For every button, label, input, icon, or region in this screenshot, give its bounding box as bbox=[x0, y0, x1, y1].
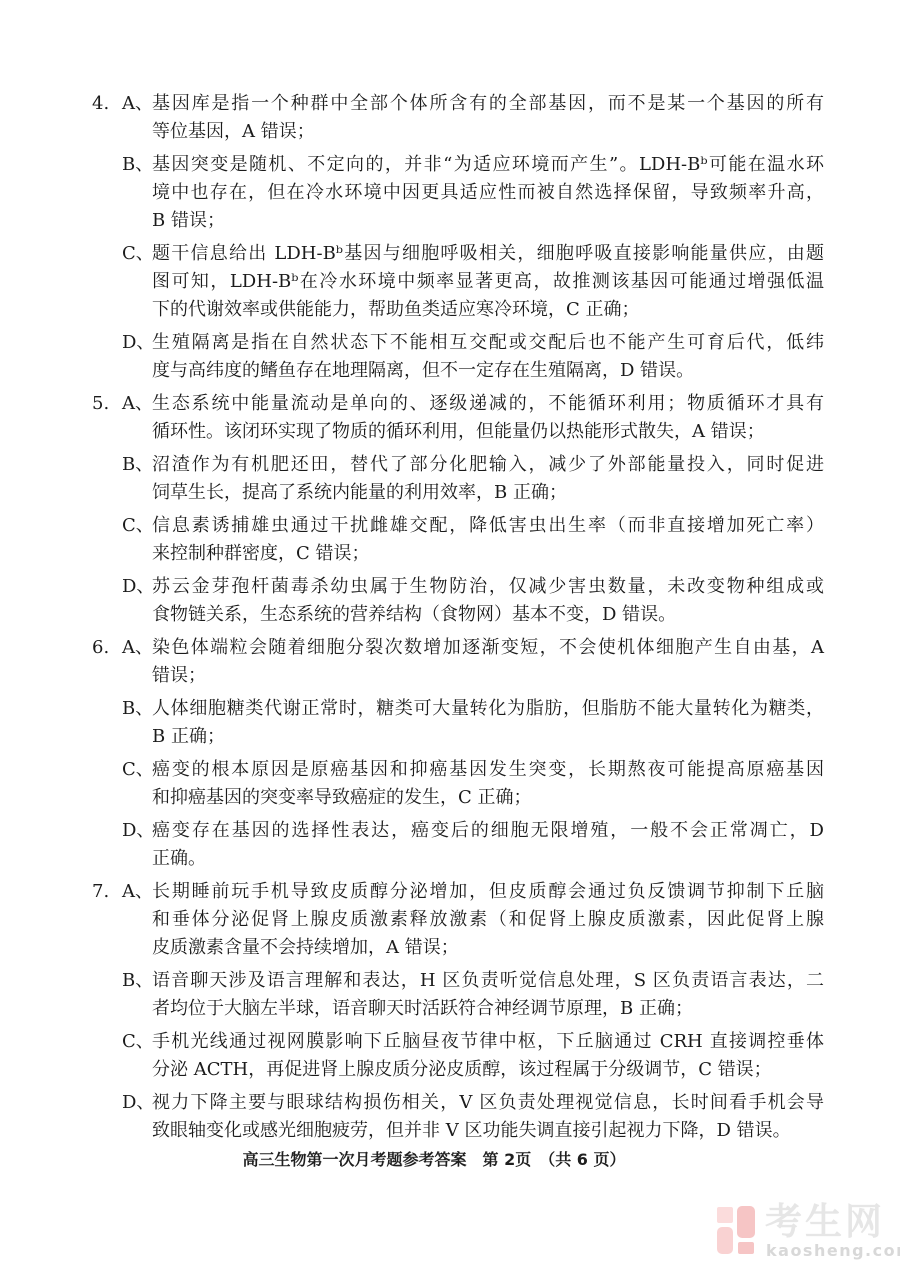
option-label: A、 bbox=[122, 90, 152, 118]
question-6: 6. A、 染色体端粒会随着细胞分裂次数增加逐渐变短，不会使机体细胞产生自由基，… bbox=[92, 634, 828, 873]
question-4-option-b: B、 基因突变是随机、不定向的，并非“为适应环境而产生”。LDH-Bᵇ可能在温水… bbox=[92, 151, 828, 235]
logo-block-top-left bbox=[717, 1207, 733, 1223]
option-text: 染色体端粒会随着细胞分裂次数增加逐渐变短，不会使机体细胞产生自由基，A 错误； bbox=[152, 634, 824, 690]
answer-line: 手机光线通过视网膜影响下丘脑昼夜节律中枢，下丘脑通过 CRH 直接调控垂体 bbox=[152, 1028, 824, 1056]
answer-line: 下的代谢效率或供能能力，帮助鱼类适应寒冷环境，C 正确； bbox=[152, 296, 824, 324]
answer-line: 题干信息给出 LDH-Bᵇ基因与细胞呼吸相关，细胞呼吸直接影响能量供应，由题 bbox=[152, 240, 824, 268]
option-label: C、 bbox=[122, 512, 152, 540]
question-number: 5. bbox=[92, 390, 122, 418]
answer-line: 来控制种群密度，C 错误； bbox=[152, 540, 824, 568]
answer-line: 人体细胞糖类代谢正常时，糖类可大量转化为脂肪，但脂肪不能大量转化为糖类， bbox=[152, 695, 824, 723]
option-text: 人体细胞糖类代谢正常时，糖类可大量转化为脂肪，但脂肪不能大量转化为糖类， B 正… bbox=[152, 695, 824, 751]
option-text: 手机光线通过视网膜影响下丘脑昼夜节律中枢，下丘脑通过 CRH 直接调控垂体 分泌… bbox=[152, 1028, 824, 1084]
option-label: D、 bbox=[122, 1089, 152, 1117]
answer-line: 信息素诱捕雄虫通过干扰雌雄交配，降低害虫出生率（而非直接增加死亡率） bbox=[152, 512, 824, 540]
answer-line: 循环性。该闭环实现了物质的循环利用，但能量仍以热能形式散失，A 错误； bbox=[152, 418, 824, 446]
answer-line: 基因突变是随机、不定向的，并非“为适应环境而产生”。LDH-Bᵇ可能在温水环 bbox=[152, 151, 824, 179]
answer-line: 语音聊天涉及语言理解和表达，H 区负责听觉信息处理，S 区负责语言表达，二 bbox=[152, 967, 824, 995]
answer-line: 皮质激素含量不会持续增加，A 错误； bbox=[152, 934, 824, 962]
option-label: D、 bbox=[122, 573, 152, 601]
option-label: D、 bbox=[122, 817, 152, 845]
option-label: C、 bbox=[122, 756, 152, 784]
answer-line: 长期睡前玩手机导致皮质醇分泌增加，但皮质醇会通过负反馈调节抑制下丘脑 bbox=[152, 878, 824, 906]
answer-line: 等位基因，A 错误； bbox=[152, 118, 824, 146]
answer-line: 苏云金芽孢杆菌毒杀幼虫属于生物防治，仅减少害虫数量，未改变物种组成或 bbox=[152, 573, 824, 601]
question-6-option-b: B、 人体细胞糖类代谢正常时，糖类可大量转化为脂肪，但脂肪不能大量转化为糖类， … bbox=[92, 695, 828, 751]
answer-line: 染色体端粒会随着细胞分裂次数增加逐渐变短，不会使机体细胞产生自由基，A bbox=[152, 634, 824, 662]
option-text: 生殖隔离是指在自然状态下不能相互交配或交配后也不能产生可育后代，低纬 度与高纬度… bbox=[152, 329, 824, 385]
question-number: 7. bbox=[92, 878, 122, 906]
question-7: 7. A、 长期睡前玩手机导致皮质醇分泌增加，但皮质醇会通过负反馈调节抑制下丘脑… bbox=[92, 878, 828, 1145]
answer-line: B 正确； bbox=[152, 723, 824, 751]
answer-line: 错误； bbox=[152, 662, 824, 690]
option-text: 苏云金芽孢杆菌毒杀幼虫属于生物防治，仅减少害虫数量，未改变物种组成或 食物链关系… bbox=[152, 573, 824, 629]
logo-block-top-right bbox=[737, 1206, 755, 1238]
question-5: 5. A、 生态系统中能量流动是单向的、逐级递减的，不能循环利用；物质循环才具有… bbox=[92, 390, 828, 629]
question-7-option-b: B、 语音聊天涉及语言理解和表达，H 区负责听觉信息处理，S 区负责语言表达，二… bbox=[92, 967, 828, 1023]
option-label: B、 bbox=[122, 967, 152, 995]
answer-line: 和垂体分泌促肾上腺皮质激素释放激素（和促肾上腺皮质激素，因此促肾上腺 bbox=[152, 906, 824, 934]
answer-line: 癌变的根本原因是原癌基因和抑癌基因发生突变，长期熬夜可能提高原癌基因 bbox=[152, 756, 824, 784]
logo-block-bottom-left bbox=[717, 1227, 733, 1254]
answer-line: 境中也存在，但在冷水环境中因更具适应性而被自然选择保留，导致频率升高， bbox=[152, 179, 824, 207]
question-4-option-c: C、 题干信息给出 LDH-Bᵇ基因与细胞呼吸相关，细胞呼吸直接影响能量供应，由… bbox=[92, 240, 828, 324]
answer-line: 正确。 bbox=[152, 845, 824, 873]
question-5-option-c: C、 信息素诱捕雄虫通过干扰雌雄交配，降低害虫出生率（而非直接增加死亡率） 来控… bbox=[92, 512, 828, 568]
question-4-option-d: D、 生殖隔离是指在自然状态下不能相互交配或交配后也不能产生可育后代，低纬 度与… bbox=[92, 329, 828, 385]
answer-line: 视力下降主要与眼球结构损伤相关，V 区负责处理视觉信息，长时间看手机会导 bbox=[152, 1089, 824, 1117]
question-number: 4. bbox=[92, 90, 122, 118]
option-text: 长期睡前玩手机导致皮质醇分泌增加，但皮质醇会通过负反馈调节抑制下丘脑 和垂体分泌… bbox=[152, 878, 824, 962]
page-footer: 高三生物第一次月考题参考答案 第 2页 （共 6 页） bbox=[0, 1149, 868, 1171]
answer-line: 饲草生长，提高了系统内能量的利用效率，B 正确； bbox=[152, 479, 824, 507]
option-text: 信息素诱捕雄虫通过干扰雌雄交配，降低害虫出生率（而非直接增加死亡率） 来控制种群… bbox=[152, 512, 824, 568]
question-4: 4. A、 基因库是指一个种群中全部个体所含有的全部基因，而不是某一个基因的所有… bbox=[92, 90, 828, 385]
option-label: C、 bbox=[122, 1028, 152, 1056]
option-text: 基因库是指一个种群中全部个体所含有的全部基因，而不是某一个基因的所有 等位基因，… bbox=[152, 90, 824, 146]
option-label: B、 bbox=[122, 151, 152, 179]
option-text: 癌变的根本原因是原癌基因和抑癌基因发生突变，长期熬夜可能提高原癌基因 和抑癌基因… bbox=[152, 756, 824, 812]
answer-line: 和抑癌基因的突变率导致癌症的发生，C 正确； bbox=[152, 784, 824, 812]
kaosheng-watermark-name: 考生网 bbox=[765, 1202, 885, 1242]
kaosheng-logo bbox=[717, 1206, 757, 1254]
question-6-option-a: 6. A、 染色体端粒会随着细胞分裂次数增加逐渐变短，不会使机体细胞产生自由基，… bbox=[92, 634, 828, 690]
option-label: D、 bbox=[122, 329, 152, 357]
answer-line: 生态系统中能量流动是单向的、逐级递减的，不能循环利用；物质循环才具有 bbox=[152, 390, 824, 418]
answer-sheet-body: 4. A、 基因库是指一个种群中全部个体所含有的全部基因，而不是某一个基因的所有… bbox=[92, 90, 828, 1150]
question-7-option-d: D、 视力下降主要与眼球结构损伤相关，V 区负责处理视觉信息，长时间看手机会导 … bbox=[92, 1089, 828, 1145]
answer-line: 者均位于大脑左半球，语音聊天时活跃符合神经调节原理，B 正确； bbox=[152, 995, 824, 1023]
answer-line: 生殖隔离是指在自然状态下不能相互交配或交配后也不能产生可育后代，低纬 bbox=[152, 329, 824, 357]
question-4-option-a: 4. A、 基因库是指一个种群中全部个体所含有的全部基因，而不是某一个基因的所有… bbox=[92, 90, 828, 146]
answer-line: 基因库是指一个种群中全部个体所含有的全部基因，而不是某一个基因的所有 bbox=[152, 90, 824, 118]
question-7-option-a: 7. A、 长期睡前玩手机导致皮质醇分泌增加，但皮质醇会通过负反馈调节抑制下丘脑… bbox=[92, 878, 828, 962]
answer-line: 度与高纬度的鳍鱼存在地理隔离，但不一定存在生殖隔离，D 错误。 bbox=[152, 357, 824, 385]
answer-line: 图可知，LDH-Bᵇ在冷水环境中频率显著更高，故推测该基因可能通过增强低温 bbox=[152, 268, 824, 296]
option-text: 题干信息给出 LDH-Bᵇ基因与细胞呼吸相关，细胞呼吸直接影响能量供应，由题 图… bbox=[152, 240, 824, 324]
question-6-option-c: C、 癌变的根本原因是原癌基因和抑癌基因发生突变，长期熬夜可能提高原癌基因 和抑… bbox=[92, 756, 828, 812]
option-label: C、 bbox=[122, 240, 152, 268]
option-label: B、 bbox=[122, 695, 152, 723]
answer-line: B 错误； bbox=[152, 207, 824, 235]
option-label: A、 bbox=[122, 390, 152, 418]
answer-line: 食物链关系，生态系统的营养结构（食物网）基本不变，D 错误。 bbox=[152, 601, 824, 629]
logo-block-bottom-right bbox=[738, 1242, 754, 1254]
kaosheng-watermark-domain: kaosheng.com bbox=[766, 1242, 900, 1260]
answer-line: 致眼轴变化或感光细胞疲劳，但并非 V 区功能失调直接引起视力下降，D 错误。 bbox=[152, 1117, 824, 1145]
option-label: A、 bbox=[122, 878, 152, 906]
option-text: 视力下降主要与眼球结构损伤相关，V 区负责处理视觉信息，长时间看手机会导 致眼轴… bbox=[152, 1089, 824, 1145]
answer-line: 沼渣作为有机肥还田，替代了部分化肥输入，减少了外部能量投入，同时促进 bbox=[152, 451, 824, 479]
answer-line: 分泌 ACTH，再促进肾上腺皮质分泌皮质醇，该过程属于分级调节，C 错误； bbox=[152, 1056, 824, 1084]
option-text: 生态系统中能量流动是单向的、逐级递减的，不能循环利用；物质循环才具有 循环性。该… bbox=[152, 390, 824, 446]
option-text: 癌变存在基因的选择性表达，癌变后的细胞无限增殖，一般不会正常凋亡，D 正确。 bbox=[152, 817, 824, 873]
question-7-option-c: C、 手机光线通过视网膜影响下丘脑昼夜节律中枢，下丘脑通过 CRH 直接调控垂体… bbox=[92, 1028, 828, 1084]
question-5-option-d: D、 苏云金芽孢杆菌毒杀幼虫属于生物防治，仅减少害虫数量，未改变物种组成或 食物… bbox=[92, 573, 828, 629]
option-label: B、 bbox=[122, 451, 152, 479]
option-text: 基因突变是随机、不定向的，并非“为适应环境而产生”。LDH-Bᵇ可能在温水环 境… bbox=[152, 151, 824, 235]
answer-line: 癌变存在基因的选择性表达，癌变后的细胞无限增殖，一般不会正常凋亡，D bbox=[152, 817, 824, 845]
option-label: A、 bbox=[122, 634, 152, 662]
question-5-option-a: 5. A、 生态系统中能量流动是单向的、逐级递减的，不能循环利用；物质循环才具有… bbox=[92, 390, 828, 446]
question-5-option-b: B、 沼渣作为有机肥还田，替代了部分化肥输入，减少了外部能量投入，同时促进 饲草… bbox=[92, 451, 828, 507]
option-text: 语音聊天涉及语言理解和表达，H 区负责听觉信息处理，S 区负责语言表达，二 者均… bbox=[152, 967, 824, 1023]
option-text: 沼渣作为有机肥还田，替代了部分化肥输入，减少了外部能量投入，同时促进 饲草生长，… bbox=[152, 451, 824, 507]
question-6-option-d: D、 癌变存在基因的选择性表达，癌变后的细胞无限增殖，一般不会正常凋亡，D 正确… bbox=[92, 817, 828, 873]
question-number: 6. bbox=[92, 634, 122, 662]
